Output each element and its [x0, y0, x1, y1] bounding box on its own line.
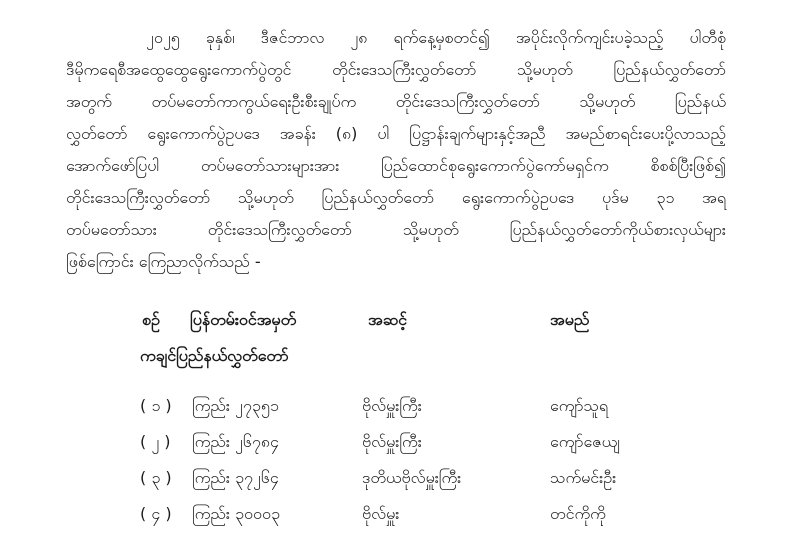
table-row: ( ၁ ) ကြည်း ၂၇၃၅၁ ဗိုလ်မှူးကြီး ကျော်သူရ: [140, 388, 660, 424]
header-rank: အဆင့်: [368, 302, 407, 338]
table-rows: ( ၁ ) ကြည်း ၂၇၃၅၁ ဗိုလ်မှူးကြီး ကျော်သူရ…: [140, 388, 660, 532]
row-service-number: ကြည်း ၂၆၇၈၄: [192, 424, 279, 460]
row-rank: ဒုတိယဗိုလ်မှူးကြီး: [362, 460, 461, 496]
row-no: ( ၂ ): [140, 424, 171, 460]
row-no: ( ၁ ): [140, 388, 172, 424]
row-name: သက်မင်းဦး: [550, 460, 616, 496]
row-rank: ဗိုလ်မှူးကြီး: [362, 424, 422, 460]
table-row: ( ၃ ) ကြည်း ၃၇၂၆၄ ဒုတိယဗိုလ်မှူးကြီး သက်…: [140, 460, 660, 496]
paragraph-line: အတွက် တပ်မတော်ကာကွယ်ရေးဦးစီးချုပ်က တိုင်…: [66, 86, 726, 118]
row-rank: ဗိုလ်မှူးကြီး: [362, 388, 422, 424]
paragraph-line: တိုင်းဒေသကြီးလွှတ်တော် သို့မဟုတ် ပြည်နယ်…: [66, 182, 726, 214]
paragraph-line: ဒီမိုကရေစီအထွေထွေရွေးကောက်ပွဲတွင် တိုင်း…: [66, 54, 726, 86]
row-name: တင်ကိုကို: [550, 496, 606, 532]
row-service-number: ကြည်း ၃၇၂၆၄: [192, 460, 279, 496]
announcement-paragraph: ၂၀၂၅ ခုနှစ်၊ ဒီဇင်ဘာလ ၂၈ ရက်နေ့မှစတင်၍ အ…: [66, 22, 726, 278]
row-name: ကျော်ဇေယျ: [550, 424, 620, 460]
header-name: အမည်: [550, 302, 589, 338]
table-row: ( ၂ ) ကြည်း ၂၆၇၈၄ ဗိုလ်မှူးကြီး ကျော်ဇေယ…: [140, 424, 660, 460]
row-name: ကျော်သူရ: [550, 388, 608, 424]
row-no: ( ၃ ): [140, 460, 172, 496]
section-title: ကချင်ပြည်နယ်လွှတ်တော်: [140, 338, 660, 378]
table-header: စဉ် ပြန်တမ်းဝင်အမှတ် အဆင့် အမည်: [140, 302, 660, 338]
paragraph-line: တပ်မတော်သား တိုင်းဒေသကြီးလွှတ်တော် သို့မ…: [66, 214, 726, 246]
header-service-number: ပြန်တမ်းဝင်အမှတ်: [190, 302, 296, 338]
document-page: ၂၀၂၅ ခုနှစ်၊ ဒီဇင်ဘာလ ၂၈ ရက်နေ့မှစတင်၍ အ…: [0, 0, 800, 550]
paragraph-line: ဖြစ်ကြောင်း ကြေညာလိုက်သည် -: [66, 246, 726, 278]
paragraph-line: ၂၀၂၅ ခုနှစ်၊ ဒီဇင်ဘာလ ၂၈ ရက်နေ့မှစတင်၍ အ…: [66, 22, 726, 54]
row-service-number: ကြည်း ၂၇၃၅၁: [192, 388, 279, 424]
paragraph-line: လွှတ်တော် ရွေးကောက်ပွဲဥပဒေ အခန်း (၈) ပါ …: [66, 118, 726, 150]
row-no: ( ၄ ): [140, 496, 172, 532]
paragraph-line: အောက်ဖော်ပြပါ တပ်မတော်သားများအား ပြည်ထော…: [66, 150, 726, 182]
row-service-number: ကြည်း ၃၀၀၀၃: [192, 496, 280, 532]
table-row: ( ၄ ) ကြည်း ၃၀၀၀၃ ဗိုလ်မှူး တင်ကိုကို: [140, 496, 660, 532]
header-no: စဉ်: [142, 302, 160, 338]
row-rank: ဗိုလ်မှူး: [362, 496, 399, 532]
representatives-table: စဉ် ပြန်တမ်းဝင်အမှတ် အဆင့် အမည် ကချင်ပြည…: [140, 302, 660, 532]
